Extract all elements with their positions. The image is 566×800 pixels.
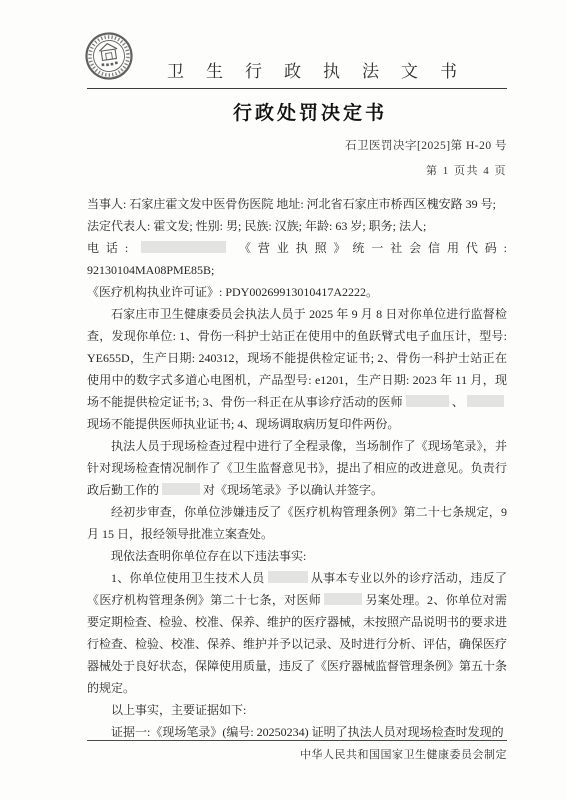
- redaction-block: [406, 395, 449, 407]
- paragraph: 以上事实，主要证据如下:: [87, 699, 507, 721]
- document-category-heading: 卫生行政执法文书: [139, 57, 507, 82]
- document-title: 行政处罚决定书: [113, 98, 507, 125]
- paragraph: 《医疗机构执业许可证》: PDY00269913010417A2222。: [87, 281, 507, 303]
- paragraph: 经初步审查，你单位涉嫌违反了《医疗机构管理条例》第二十七条规定，9 月 15 日…: [87, 501, 507, 545]
- footer-issuer: 中华人民共和国国家卫生健康委员会制定: [87, 746, 507, 762]
- redaction-block: [162, 483, 200, 495]
- redaction-block: [324, 593, 362, 605]
- redaction-block: [467, 395, 504, 407]
- document-body: 当事人: 石家庄霍文发中医骨伤医院 地址: 河北省石家庄市桥西区槐安路 39 号…: [87, 193, 507, 743]
- paragraph: 现依法查明你单位存在以下违法事实:: [87, 545, 507, 567]
- paragraph: 法定代表人: 霍文发; 性别: 男; 民族: 汉族; 年龄: 63 岁; 职务;…: [87, 215, 507, 237]
- header-divider: [87, 88, 507, 89]
- paragraph: 电话: 《营业执照》统一社会信用代码: 92130104MA08PME85B;: [87, 237, 507, 281]
- document-content: 卫生行政执法文书 行政处罚决定书 石卫医罚决字[2025]第 H-20 号 第 …: [87, 0, 507, 743]
- document-number: 石卫医罚决字[2025]第 H-20 号: [87, 137, 507, 153]
- paragraph: 1、你单位使用卫生技术人员从事本专业以外的诊疗活动，违反了《医疗机构管理条例》第…: [87, 567, 507, 699]
- page-indicator: 第 1 页共 4 页: [87, 162, 507, 178]
- document-page: 卫生行政执法文书 行政处罚决定书 石卫医罚决字[2025]第 H-20 号 第 …: [0, 0, 566, 800]
- redaction-block: [268, 571, 308, 583]
- footer-divider: [87, 740, 507, 741]
- paragraph: 执法人员于现场检查过程中进行了全程录像，当场制作了《现场笔录》，并针对现场检查情…: [87, 435, 507, 501]
- paragraph: 石家庄市卫生健康委员会执法人员于 2025 年 9 月 8 日对你单位进行监督检…: [87, 303, 507, 435]
- document-footer: 中华人民共和国国家卫生健康委员会制定: [87, 740, 507, 762]
- redaction-block: [141, 241, 226, 253]
- paragraph: 当事人: 石家庄霍文发中医骨伤医院 地址: 河北省石家庄市桥西区槐安路 39 号…: [87, 193, 507, 215]
